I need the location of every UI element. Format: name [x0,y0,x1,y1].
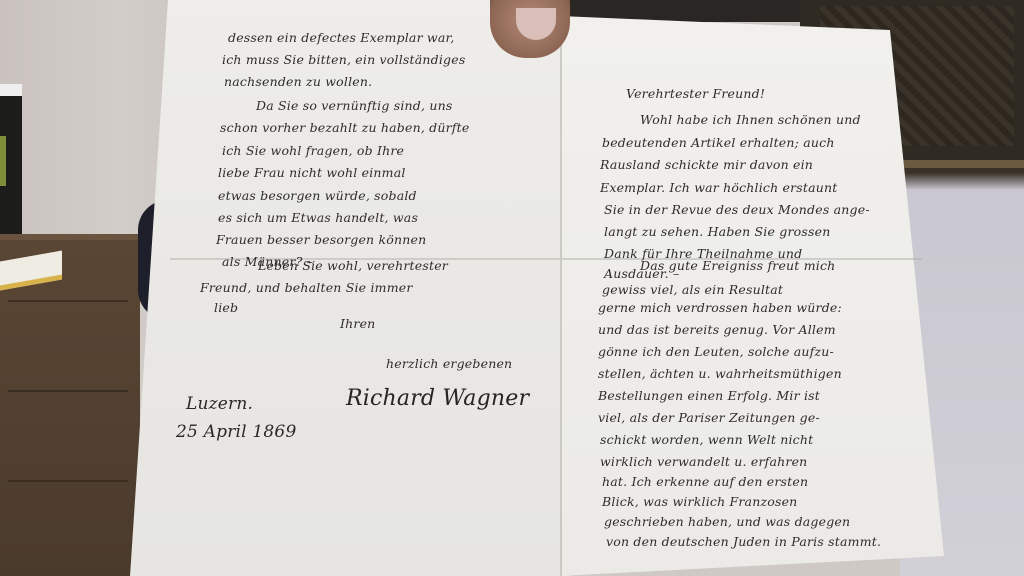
letter-line: hat. Ich erkenne auf den ersten [602,474,808,489]
letter-line: gerne mich verdrossen haben würde: [598,300,842,315]
letter-line: bedeutenden Artikel erhalten; auch [602,135,835,150]
letter-closing: herzlich ergebenen [386,356,512,371]
letter-line: gewiss viel, als ein Resultat [602,282,783,297]
letter-line: Sie in der Revue des deux Mondes ange- [604,202,870,217]
signature: Richard Wagner [346,386,529,411]
letter-line: ich muss Sie bitten, ein vollständiges [222,52,465,67]
letter-line: Frauen besser besorgen können [216,232,426,247]
photo-scene: dessen ein defectes Exemplar war, ich mu… [0,0,1024,576]
letter-place: Luzern. [186,394,253,414]
letter-line: Das gute Ereigniss freut mich [640,258,835,273]
letter-line: von den deutschen Juden in Paris stammt. [606,534,881,549]
letter-line: Freund, und behalten Sie immer [200,280,413,295]
letter-line: Exemplar. Ich war höchlich erstaunt [600,180,838,195]
letter-line: ich Sie wohl fragen, ob Ihre [222,143,404,158]
letter-line: Wohl habe ich Ihnen schönen und [640,112,861,127]
letter-line: viel, als der Pariser Zeitungen ge- [598,410,820,425]
letter-line: liebe Frau nicht wohl einmal [218,165,406,180]
letter-line: es sich um Etwas handelt, was [218,210,418,225]
letter-line: Blick, was wirklich Franzosen [602,494,797,509]
letter-line: Ihren [340,316,375,331]
letter-line: nachsenden zu wollen. [224,74,372,89]
letter-line: lieb [214,300,238,315]
letter-line: langt zu sehen. Haben Sie grossen [604,224,830,239]
letter-line: Rausland schickte mir davon ein [600,157,813,172]
letter-line: Leben Sie wohl, verehrtester [258,258,448,273]
letter-line: schickt worden, wenn Welt nicht [600,432,813,447]
letter-line: gönne ich den Leuten, solche aufzu- [598,344,834,359]
letter-salutation: Verehrtester Freund! [626,86,765,101]
letter-line: dessen ein defectes Exemplar war, [228,30,454,45]
paper-center-fold [560,20,562,576]
letter-date: 25 April 1869 [176,422,296,442]
letter-line: Da Sie so vernünftig sind, uns [256,98,452,113]
letter-line: schon vorher bezahlt zu haben, dürfte [220,120,469,135]
handwritten-letter: dessen ein defectes Exemplar war, ich mu… [0,0,1024,576]
letter-line: Bestellungen einen Erfolg. Mir ist [598,388,820,403]
letter-line: geschrieben haben, und was dagegen [604,514,850,529]
letter-line: etwas besorgen würde, sobald [218,188,417,203]
letter-line: und das ist bereits genug. Vor Allem [598,322,836,337]
letter-line: stellen, ächten u. wahrheitsmüthigen [598,366,842,381]
letter-line: wirklich verwandelt u. erfahren [600,454,807,469]
